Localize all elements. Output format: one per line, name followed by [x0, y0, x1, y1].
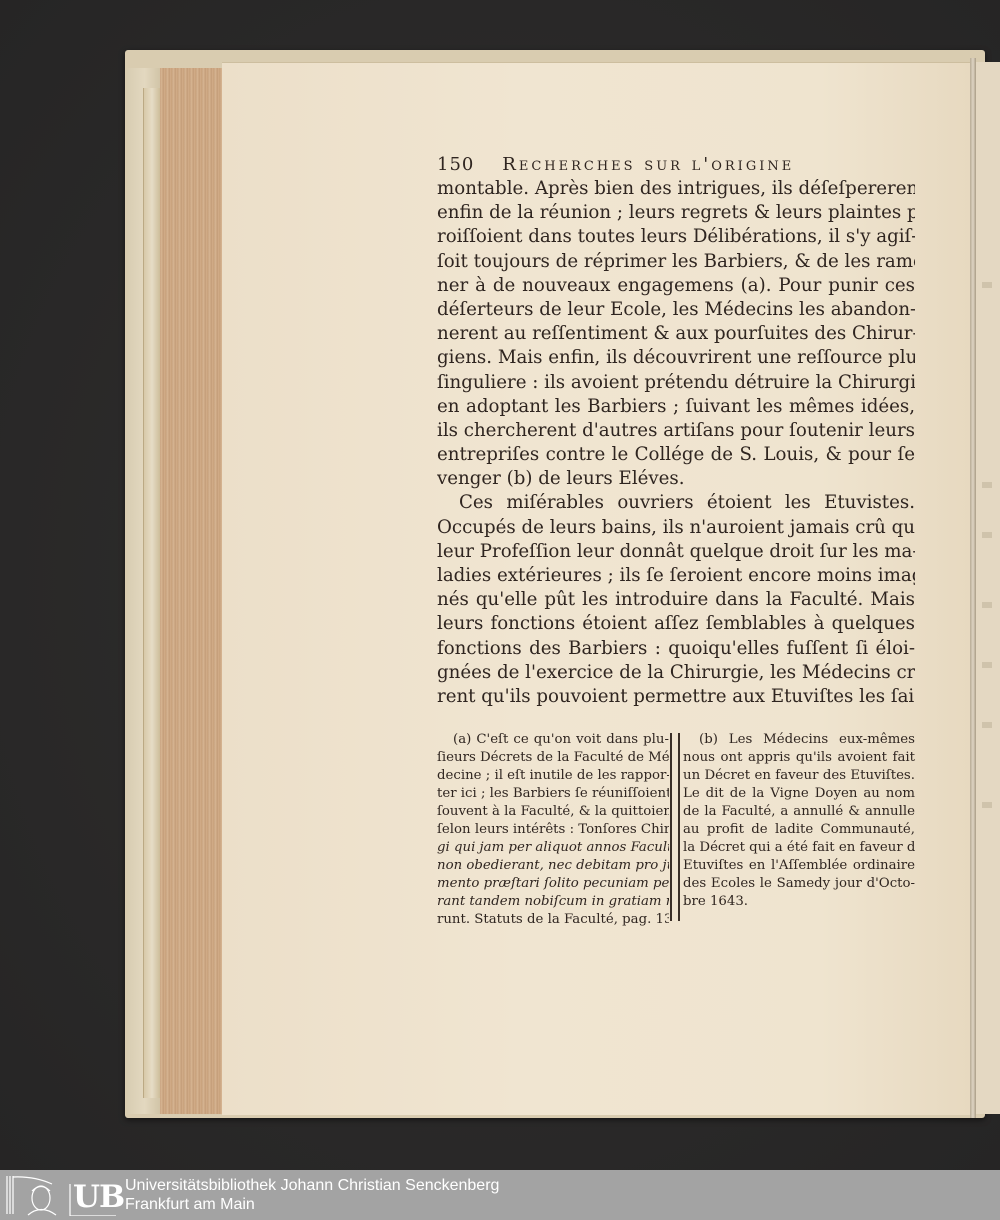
body-line: ſinguliere : ils avoient prétendu détrui…: [437, 371, 915, 395]
library-location: Frankfurt am Main: [125, 1195, 255, 1214]
footnote-b: (b) Les Médecins eux-mêmes nous ont appr…: [683, 731, 915, 911]
footnote-column-divider: [670, 733, 680, 921]
facing-page-edge: [976, 62, 1000, 1114]
footnote-line: au profit de ladite Communauté,: [683, 821, 915, 839]
footnote-line: ter ici ; les Barbiers ſe réuniſſoient: [437, 785, 669, 803]
footnote-line: (a) C'eſt ce qu'on voit dans plu-: [437, 731, 669, 749]
cover-fold: [143, 88, 160, 1098]
body-line: venger (b) de leurs Eléves.: [437, 467, 915, 491]
body-line: giens. Mais enfin, ils découvrirent une …: [437, 346, 915, 370]
main-text: 150 Recherches sur l'origine montable. A…: [437, 153, 915, 709]
ub-logo[interactable]: UB: [4, 1174, 116, 1216]
footnote-line: runt. Statuts de la Faculté, pag. 13.: [437, 911, 669, 929]
footnote-line: ſieurs Décrets de la Faculté de Mé-: [437, 749, 669, 767]
footnote-line: un Décret en faveur des Etuviſtes.: [683, 767, 915, 785]
body-line: fonctions des Barbiers : quoiqu'elles fu…: [437, 637, 915, 661]
body-line: leur Profeſſion leur donnât quelque droi…: [437, 540, 915, 564]
running-title: Recherches sur l'origine: [502, 154, 794, 175]
footnote-line-latin: rant tandem nobiſcum in gratiam redie-: [437, 893, 669, 911]
body-line: déſerteurs de leur Ecole, les Médecins l…: [437, 298, 915, 322]
footnote-line: Le dit de la Vigne Doyen au nom: [683, 785, 915, 803]
footnote-line-latin: gi qui jam per aliquot annos Facultati: [437, 839, 669, 857]
body-line: entrepriſes contre le Collége de S. Loui…: [437, 443, 915, 467]
body-line: Occupés de leurs bains, ils n'auroient j…: [437, 516, 915, 540]
body-line: ils chercherent d'autres artiſans pour ſ…: [437, 419, 915, 443]
footnote-line: (b) Les Médecins eux-mêmes: [683, 731, 915, 749]
footnote-line: nous ont appris qu'ils avoient fait: [683, 749, 915, 767]
footnote-line: ſouvent à la Faculté, & la quittoient: [437, 803, 669, 821]
body-line: enfin de la réunion ; leurs regrets & le…: [437, 201, 915, 225]
body-line: montable. Après bien des intrigues, ils …: [437, 177, 915, 201]
running-head: 150 Recherches sur l'origine: [437, 153, 915, 177]
body-line: nés qu'elle pût les introduire dans la F…: [437, 588, 915, 612]
footnotes: (a) C'eſt ce qu'on voit dans plu- ſieurs…: [437, 731, 915, 921]
footnote-line: ſelon leurs intérêts : Tonſores Chirur-: [437, 821, 669, 839]
body-line: Ces miſérables ouvriers étoient les Etuv…: [437, 491, 915, 515]
body-line: en adoptant les Barbiers ; ſuivant les m…: [437, 395, 915, 419]
footnote-line: des Ecoles le Samedy jour d'Octo-: [683, 875, 915, 893]
logo-text: UB: [73, 1179, 124, 1215]
footnote-line: la Décret qui a été fait en faveur des: [683, 839, 915, 857]
library-name: Universitätsbibliothek Johann Christian …: [125, 1176, 499, 1195]
library-footer: UB Universitätsbibliothek Johann Christi…: [0, 1170, 1000, 1220]
footnote-line-latin: non obedierant, nec debitam pro jura-: [437, 857, 669, 875]
footnote-line-latin: mento præſtari ſolito pecuniam perſolve-: [437, 875, 669, 893]
body-line: gnées de l'exercice de la Chirurgie, les…: [437, 661, 915, 685]
page-number: 150: [437, 154, 474, 175]
footnote-line: de la Faculté, a annullé & annulle: [683, 803, 915, 821]
body-line: nerent au reſſentiment & aux pourſuites …: [437, 322, 915, 346]
footnote-line: Etuviſtes en l'Aſſemblée ordinaire: [683, 857, 915, 875]
footnote-line: bre 1643.: [683, 893, 915, 911]
footnote-a: (a) C'eſt ce qu'on voit dans plu- ſieurs…: [437, 731, 669, 929]
footnote-line: decine ; il eſt inutile de les rappor-: [437, 767, 669, 785]
body-line: ner à de nouveaux engagemens (a). Pour p…: [437, 274, 915, 298]
body-line: rent qu'ils pouvoient permettre aux Etuv…: [437, 685, 915, 709]
body-line: ladies extérieures ; ils ſe ſeroient enc…: [437, 564, 915, 588]
body-line: roiſſoient dans toutes leurs Délibératio…: [437, 225, 915, 249]
body-line: ſoit toujours de réprimer les Barbiers, …: [437, 250, 915, 274]
body-line: leurs fonctions étoient aſſez ſemblables…: [437, 612, 915, 636]
page-edges: [160, 68, 223, 1114]
